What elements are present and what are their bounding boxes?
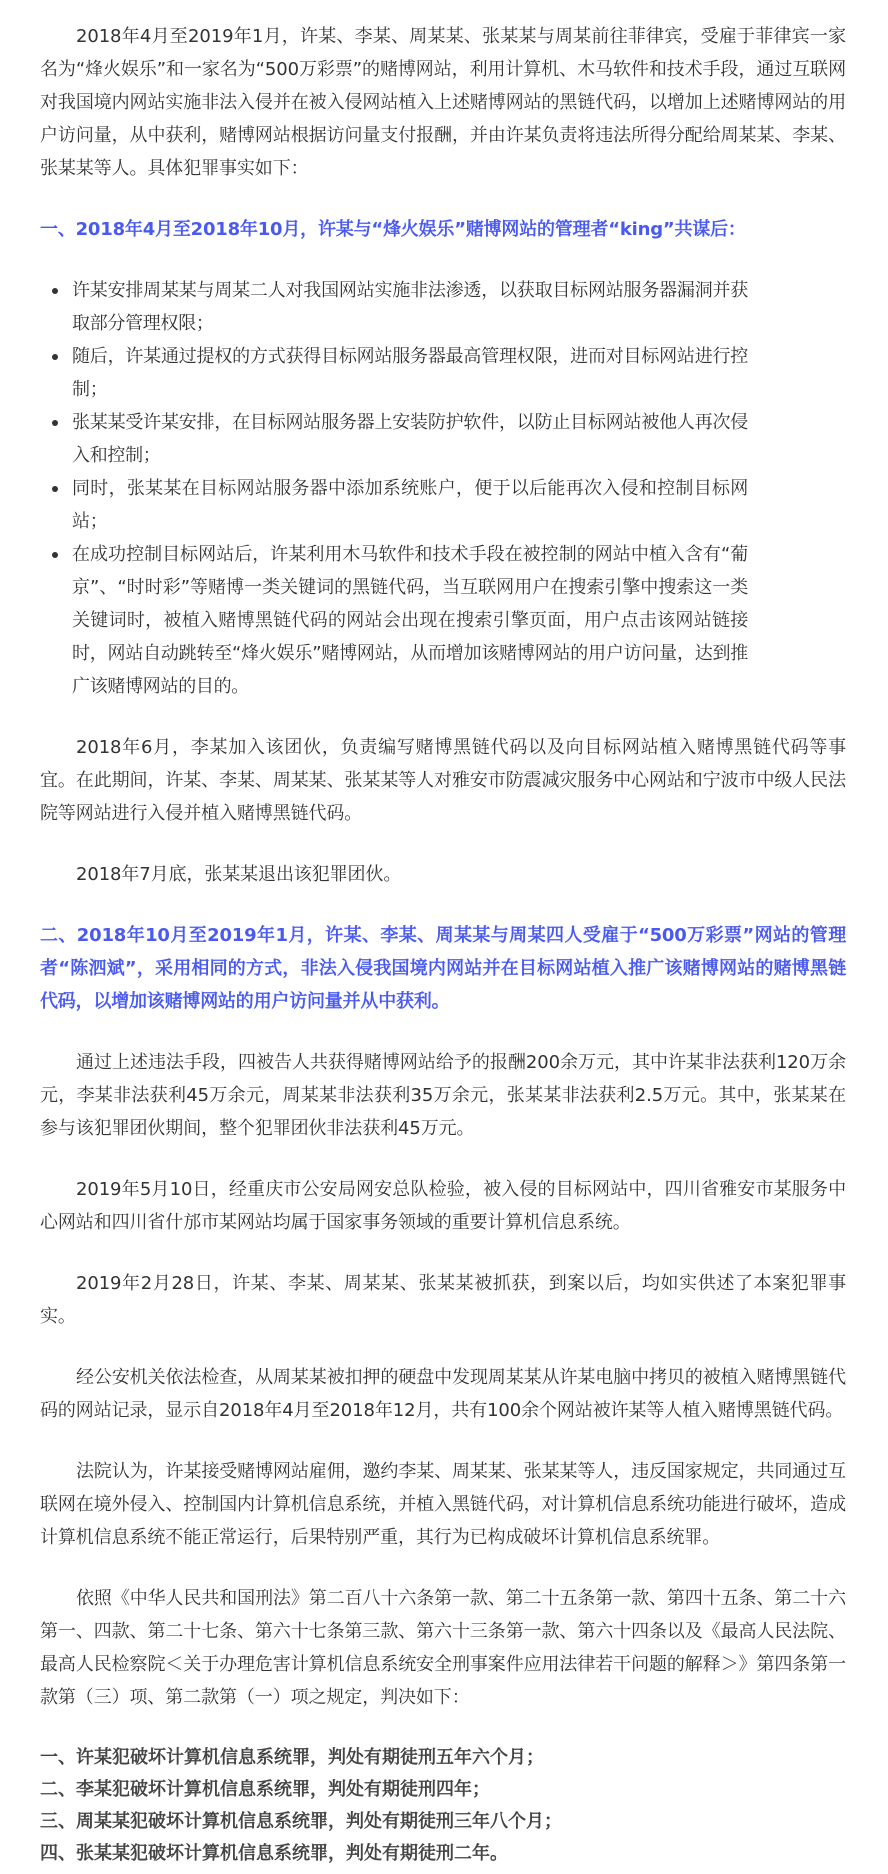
bullet-icon: [52, 486, 58, 492]
list-item: 许某安排周某某与周某二人对我国网站实施非法渗透，以获取目标网站服务器漏洞并获取部…: [72, 274, 748, 340]
paragraph-profit: 通过上述违法手段，四被告人共获得赌博网站给予的报酬200余万元，其中许某非法获利…: [40, 1046, 846, 1145]
intro-paragraph: 2018年4月至2019年1月，许某、李某、周某某、张某某与周某前往菲律宾，受雇…: [40, 20, 846, 185]
bullet-icon: [52, 552, 58, 558]
paragraph-inspection: 2019年5月10日，经重庆市公安局网安总队检验，被入侵的目标网站中，四川省雅安…: [40, 1173, 846, 1239]
bullet-icon: [52, 288, 58, 294]
list-item: 张某某受许某安排，在目标网站服务器上安装防护软件，以防止目标网站被他人再次侵入和…: [72, 406, 748, 472]
bullet-icon: [52, 420, 58, 426]
paragraph-july: 2018年7月底，张某某退出该犯罪团伙。: [40, 858, 846, 891]
verdict-list: 一、许某犯破坏计算机信息系统罪，判处有期徒刑五年六个月； 二、李某犯破坏计算机信…: [40, 1742, 846, 1870]
facts-list: 许某安排周某某与周某二人对我国网站实施非法渗透，以获取目标网站服务器漏洞并获取部…: [40, 274, 748, 703]
list-item: 同时，张某某在目标网站服务器中添加系统账户，便于以后能再次入侵和控制目标网站；: [72, 472, 748, 538]
section-heading-1: 一、2018年4月至2018年10月，许某与“烽火娱乐”赌博网站的管理者“kin…: [40, 213, 846, 246]
verdict-item: 一、许某犯破坏计算机信息系统罪，判处有期徒刑五年六个月；: [40, 1742, 846, 1774]
paragraph-legal-basis: 依照《中华人民共和国刑法》第二百八十六条第一款、第二十五条第一款、第四十五条、第…: [40, 1582, 846, 1714]
verdict-item: 三、周某某犯破坏计算机信息系统罪，判处有期徒刑三年八个月；: [40, 1806, 846, 1838]
article-body: 2018年4月至2019年1月，许某、李某、周某某、张某某与周某前往菲律宾，受雇…: [0, 0, 888, 1870]
paragraph-june: 2018年6月，李某加入该团伙，负责编写赌博黑链代码以及向目标网站植入赌博黑链代…: [40, 731, 846, 830]
paragraph-arrest: 2019年2月28日，许某、李某、周某某、张某某被抓获，到案以后，均如实供述了本…: [40, 1267, 846, 1333]
paragraph-court-opinion: 法院认为，许某接受赌博网站雇佣，邀约李某、周某某、张某某等人，违反国家规定，共同…: [40, 1455, 846, 1554]
verdict-item: 二、李某犯破坏计算机信息系统罪，判处有期徒刑四年；: [40, 1774, 846, 1806]
list-item: 在成功控制目标网站后，许某利用木马软件和技术手段在被控制的网站中植入含有“葡京”…: [72, 538, 748, 703]
section-heading-2: 二、2018年10月至2019年1月，许某、李某、周某某与周某四人受雇于“500…: [40, 919, 846, 1018]
verdict-item: 四、张某某犯破坏计算机信息系统罪，判处有期徒刑二年。: [40, 1838, 846, 1870]
list-item: 随后，许某通过提权的方式获得目标网站服务器最高管理权限，进而对目标网站进行控制；: [72, 340, 748, 406]
bullet-icon: [52, 354, 58, 360]
paragraph-evidence: 经公安机关依法检查，从周某某被扣押的硬盘中发现周某某从许某电脑中拷贝的被植入赌博…: [40, 1361, 846, 1427]
